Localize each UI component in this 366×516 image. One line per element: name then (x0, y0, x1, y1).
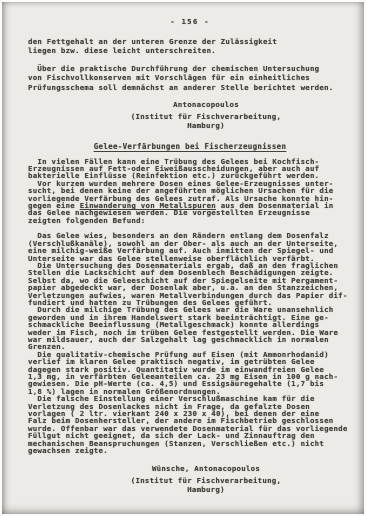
signature-block-intro: Antonacopoulos (Institut für Fischverarb… (44, 100, 366, 131)
article-title: Gelee-Verfärbungen bei Fischerzeugnissen (28, 142, 352, 151)
paragraph: Durch die milchige Trübung des Gelees wa… (28, 306, 352, 350)
intro-section: den Fettgehalt an der unteren Grenze der… (28, 37, 352, 131)
article-section: Gelee-Verfärbungen bei Fischerzeugnissen… (28, 142, 352, 495)
text-line: gewachsen zeigte. (28, 447, 352, 454)
text-line: zeigten folgenden Befund: (28, 217, 352, 224)
paragraph: Über die praktische Durchführung der che… (28, 64, 352, 92)
paragraph: Die qualitativ-chemische Prüfung auf Eis… (28, 351, 352, 395)
institute-line-2: Hamburg) (44, 486, 366, 495)
text-line: den Fettgehalt an der unteren Grenze der… (28, 37, 352, 46)
page-number: - 156 - (28, 17, 352, 26)
text-line: war mildsauer, auch der Salzgehalt lag g… (28, 336, 352, 343)
institute-line-1: (Institut für Fischverarbeitung, (44, 112, 366, 121)
text-line: von Fischvollkonserven mit Vorschlägen f… (28, 73, 352, 82)
paragraph: Die Untersuchung des Dosenmaterials erga… (28, 262, 352, 306)
text-line: liegen bzw. diese leicht unterschreiten. (28, 46, 352, 55)
paragraph: Die falsche Einstellung einer Verschlußm… (28, 395, 352, 454)
paragraph: Vor kurzem wurden mehrere Dosen eines Ge… (28, 180, 352, 224)
article-title-text: Gelee-Verfärbungen bei Fischerzeugnissen (94, 142, 287, 151)
paragraph: Das Gelee wies, besonders an den Rändern… (28, 232, 352, 262)
signature-names: Wünsche, Antonacopoulos (44, 465, 366, 474)
article-body: In vielen Fällen kann eine Trübung des G… (28, 158, 352, 455)
text-line: Über die praktische Durchführung der che… (28, 64, 352, 73)
text-line: Prüfungsschema soll demnächst an anderer… (28, 83, 352, 92)
intro-paragraphs: den Fettgehalt an der unteren Grenze der… (28, 37, 352, 92)
scanned-document-page: - 156 - den Fettgehalt an der unteren Gr… (0, 0, 366, 516)
page-content: - 156 - den Fettgehalt an der unteren Gr… (2, 2, 364, 494)
paragraph: den Fettgehalt an der unteren Grenze der… (28, 37, 352, 56)
institute-line-2: Hamburg) (44, 121, 366, 130)
signature-block-article: Wünsche, Antonacopoulos (Institut für Fi… (44, 465, 366, 494)
paragraph: In vielen Fällen kann eine Trübung des G… (28, 158, 352, 180)
signature-name: Antonacopoulos (44, 100, 366, 109)
